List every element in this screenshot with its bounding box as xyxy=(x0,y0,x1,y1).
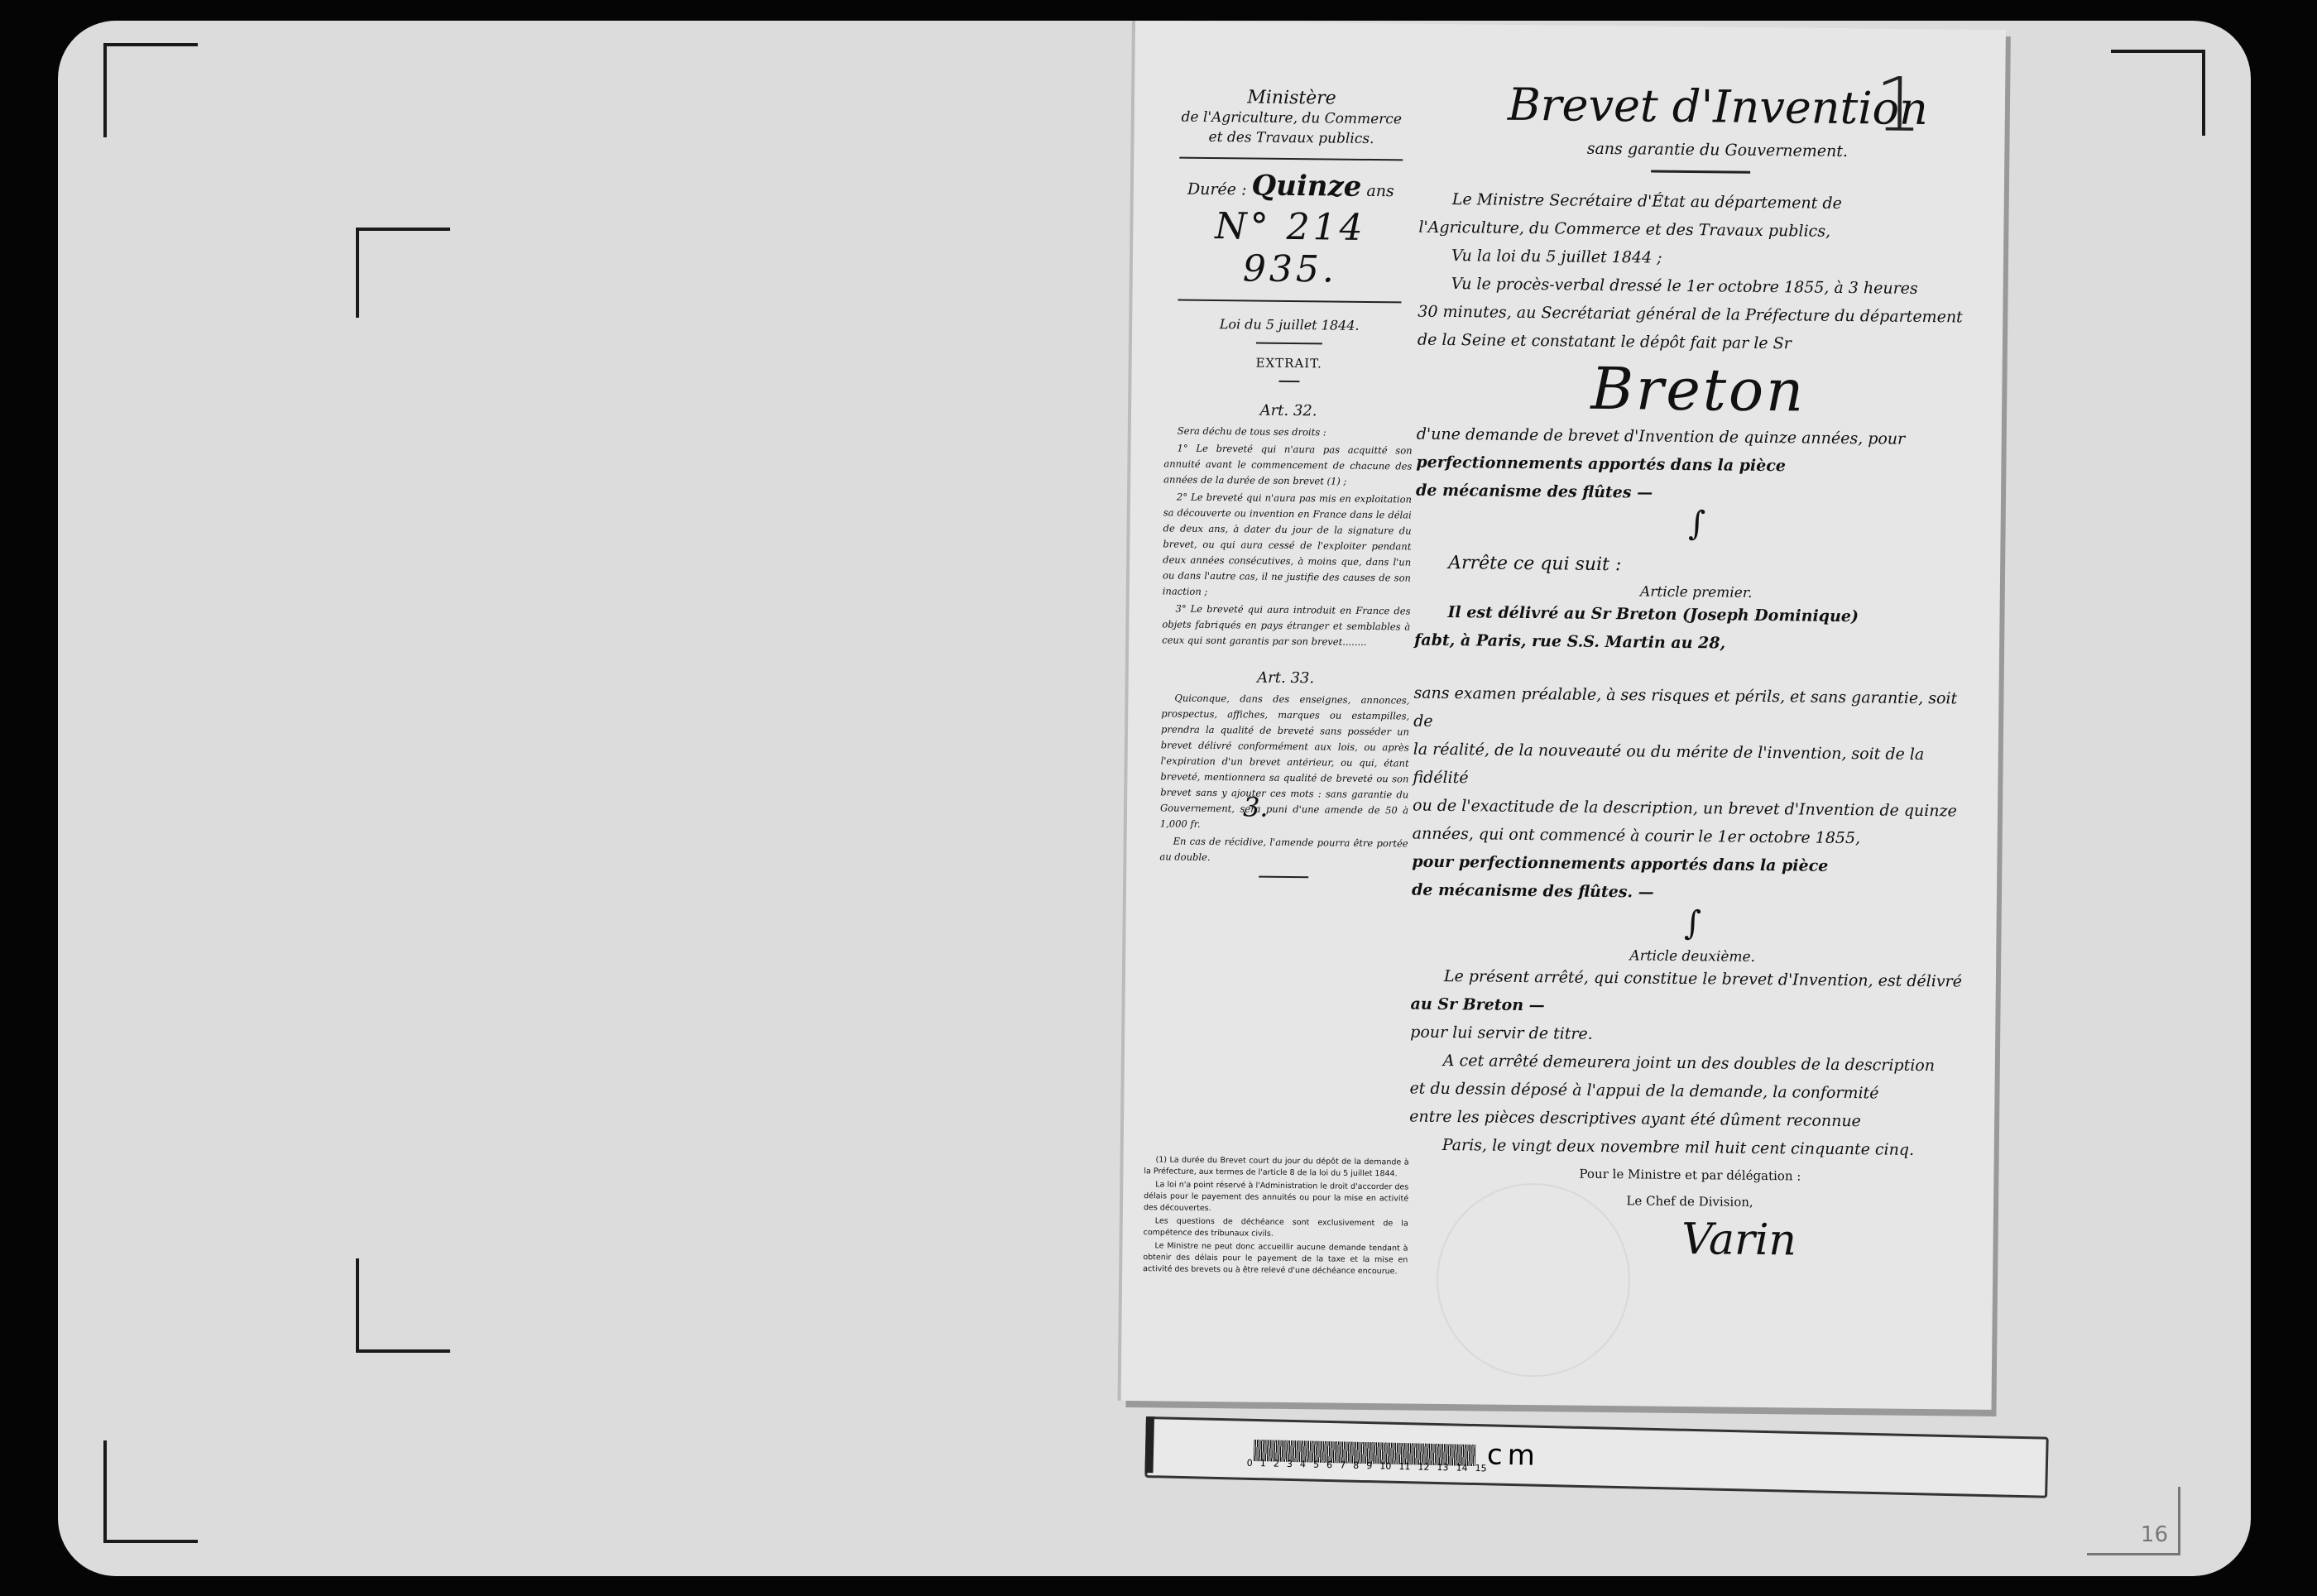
footnote: (1) La durée du Brevet court du jour du … xyxy=(1143,1154,1409,1279)
patent-number: N° 214 935. xyxy=(1166,204,1415,291)
art32-title: Art. 32. xyxy=(1164,400,1413,420)
divider xyxy=(1256,343,1322,345)
art33-text: Quiconque, dans des enseignes, annonces,… xyxy=(1159,690,1409,867)
document-subtitle: sans garantie du Gouvernement. xyxy=(1452,138,1982,162)
crop-mark-bottom-left xyxy=(103,1440,198,1543)
flourish: ∫ xyxy=(1411,904,1974,943)
extract-label: EXTRAIT. xyxy=(1165,354,1413,371)
divider xyxy=(1178,300,1401,304)
request: d'une demande de brevet d'Invention de q… xyxy=(1416,420,1979,510)
crop-mark-top-left xyxy=(103,43,198,137)
crop-mark-inner-top-left xyxy=(356,228,450,318)
left-margin-column: Ministère de l'Agriculture, du Commerce … xyxy=(1159,87,1416,889)
ministry-heading: Ministère de l'Agriculture, du Commerce … xyxy=(1167,87,1416,149)
crop-mark-top-right xyxy=(2111,50,2205,136)
applicant-name: Breton xyxy=(1417,354,1980,426)
flourish: ∫ xyxy=(1415,505,1978,544)
ruler-clip xyxy=(1144,1416,1154,1473)
signature-block: Pour le Ministre et par délégation : Le … xyxy=(1408,1159,1972,1218)
article1-body: Il est délivré au Sr Breton (Joseph Domi… xyxy=(1412,598,1978,910)
patent-document: 1 Ministère de l'Agriculture, du Commerc… xyxy=(1121,21,2006,1410)
document-title: Brevet d'Invention xyxy=(1453,78,1984,136)
divider xyxy=(1259,876,1308,879)
arrete-heading: Arrête ce qui suit : xyxy=(1448,553,1978,579)
art32-text: Sera déchu de tous ses droits : 1° Le br… xyxy=(1162,423,1413,650)
article2-body: Le présent arrêté, qui constitue le brev… xyxy=(1409,962,1974,1165)
signature: Varin xyxy=(1507,1213,1971,1268)
preamble: Le Ministre Secrétaire d'État au départe… xyxy=(1418,185,1982,360)
ornament xyxy=(1651,170,1750,174)
sheet-number: 16 xyxy=(2141,1522,2168,1547)
ruler-unit: cm xyxy=(1487,1438,1541,1472)
crop-mark-inner-bottom-left xyxy=(356,1258,450,1353)
main-column: Brevet d'Invention sans garantie du Gouv… xyxy=(1408,78,1983,1268)
divider xyxy=(1278,381,1299,382)
divider xyxy=(1179,157,1403,161)
law-reference: Loi du 5 juillet 1844. xyxy=(1165,315,1413,333)
margin-number: 3. xyxy=(1243,791,1269,822)
duration: Durée : Quinze ans xyxy=(1167,168,1415,204)
art33-title: Art. 33. xyxy=(1162,668,1410,688)
